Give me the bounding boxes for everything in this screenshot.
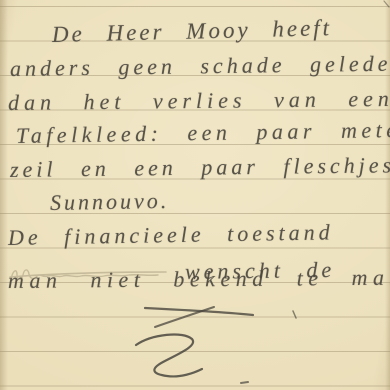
handwritten-line-3: dan het verlies van een [8, 86, 390, 116]
handwritten-line-2: anders geen schade geleden [10, 50, 390, 82]
handwritten-line-1: De Heer Mooy heeft [52, 15, 333, 48]
handwritten-line-4: Tafelkleed: een paar meter [16, 117, 390, 149]
ink-speck [241, 382, 248, 383]
handwritten-line-7: De financieele toestand [8, 219, 334, 251]
handwritten-line-5: zeil en een paar fleschjes [10, 152, 390, 183]
handwritten-line-9: man niet bekend te maken. [8, 264, 390, 294]
ink-speck [293, 311, 296, 318]
page-edge-shadow-left [0, 0, 8, 390]
notebook-page: De Heer Mooy heeft anders geen schade ge… [0, 0, 390, 390]
handwritten-line-6: Sunnouvo. [50, 188, 170, 216]
